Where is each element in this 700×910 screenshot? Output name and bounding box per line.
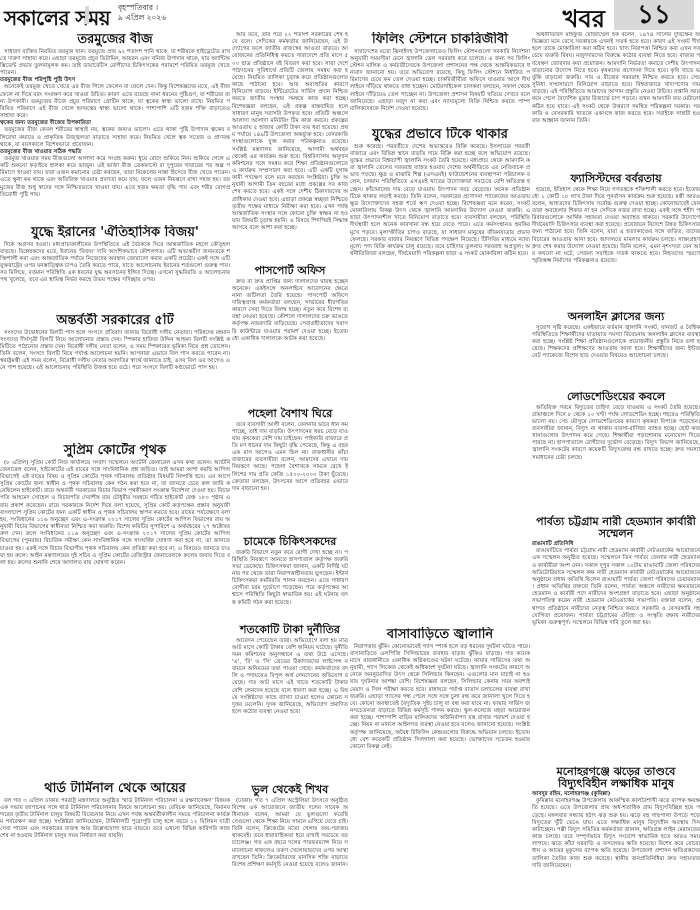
article-body: সুযোগ সৃষ্টি করেছে। একইভাবে বর্তমান জ্বা…	[532, 325, 700, 361]
article-body: (৮ এপ্রিল) সুপ্রিম কোর্ট নিজ কার্যালয়ে …	[0, 460, 230, 567]
article-body: অর্থনীতিবিদ মাহফুজ মোজাম্মেল হক বলেন, ১৯…	[532, 32, 700, 125]
article-body: তবে ব্যবসায়ী আলী বলেন, ফেলনার ভাবে ধান …	[232, 422, 348, 494]
article-watermelon-seeds: তরমুজের বীজ সাধারণ ব্যক্তির নিয়মিত তরমু…	[0, 32, 230, 224]
article-passport: পাসপোর্ট অফিস দ্রুত বা দ্রুত প্রাপ্তির জ…	[232, 264, 348, 407]
headline: ভুল থেকেই শিখব	[232, 783, 348, 798]
issue-day: বৃহস্পতিবার ।	[118, 3, 166, 13]
article-house-fire: বাসাবাড়িতে জ্বালানি নিরাপত্তার ঝুঁকি। ক…	[350, 627, 530, 910]
headline: ফিলিং স্টেশনে চাকরিজীবী	[350, 32, 530, 49]
headline: থার্ড টার্মিনাল থেকে আয়ের	[0, 781, 230, 798]
article-body: দিকে অগ্রসর হওয়া। মধ্যপ্রাচ্যকালীনের উপ…	[0, 242, 230, 285]
article-body: শুরু করেছে। পরবর্তীতে দেশের অভ্যন্তরেও ব…	[350, 144, 530, 259]
headline: পহেলা বৈশাখ ঘিরে	[232, 407, 348, 422]
article-body: (ঢাকা)। গত ৭ এপ্রিল অস্ট্রেলিয়া উৎসবে অ…	[232, 798, 348, 870]
article-continuation-top: আর তবে, তার পরে ২২ শতাংশ সরকারের শেষ হবে…	[232, 32, 348, 264]
article-body: আর তবে, তার পরে ২২ শতাংশ সরকারের শেষ হবে…	[232, 32, 348, 232]
logo-divider	[85, 6, 89, 24]
headline: লোডশেডিংয়ের কবলে	[532, 390, 700, 405]
article-continuation-right: অর্থনীতিবিদ মাহফুজ মোজাম্মেল হক বলেন, ১৯…	[532, 32, 700, 172]
headline: পার্বত্য চট্টগ্রাম নারী হেডম্যান কার্বার…	[532, 515, 700, 541]
article-hill-women: পার্বত্য চট্টগ্রাম নারী হেডম্যান কার্বার…	[532, 515, 700, 765]
article-supreme-court: সুপ্রিম কোর্টের পৃথক (৮ এপ্রিল) সুপ্রিম …	[0, 443, 230, 781]
page-number: ১১	[614, 0, 694, 30]
article-body: সাধারণ ব্যক্তির নিয়মিত তরমুজ খান। তরমুজ…	[0, 49, 230, 199]
headline: তরমুজের বীজ	[0, 32, 230, 49]
article-body: দ্রুত বা দ্রুত প্রাপ্তির জন্য দালালদের দ…	[232, 279, 348, 343]
article-interim-govt: অন্তর্বর্তী সরকারের ৫টি সংসদের উদ্বোধনের…	[0, 313, 230, 443]
headline: ফ্যাসিস্টদের বর্বরতায়	[532, 172, 700, 187]
subheading: তরমুজের বীজ খাওয়ার সঠিক পদ্ধতি	[0, 149, 230, 156]
article-body: সংসদের উদ্বোধনের বিলটি পাস হলে সংসদে প্র…	[0, 330, 230, 373]
column-1: তরমুজের বীজ সাধারণ ব্যক্তির নিয়মিত তরমু…	[0, 32, 230, 910]
article-body: আবেদন পেয়েছেন তারা। অভিযোগে বলা হয় মাত…	[232, 638, 348, 717]
article-war-survival: যুদ্ধের প্রভাবে টিকে থাকার শুরু করেছে। প…	[350, 127, 530, 627]
article-corruption: শতকোটি টাকা দুর্নীতির আবেদন পেয়েছেন তার…	[232, 623, 348, 783]
article-body: অতিরিক্ত গরমে বিদ্যুতের চাহিদা বেড়ে যাও…	[532, 405, 700, 462]
headline: বাসাবাড়িতে জ্বালানি	[350, 627, 530, 644]
headline: পাসপোর্ট অফিস	[232, 264, 348, 279]
headline: শতকোটি টাকা দুর্নীতির	[232, 623, 348, 638]
article-learning: ভুল থেকেই শিখব (ঢাকা)। গত ৭ এপ্রিল অস্ট্…	[232, 783, 348, 910]
article-body: হয়েছে, ইতিহাস থেকে শিক্ষা নিয়ে গণতন্ত্…	[532, 187, 700, 266]
masthead: সকালের সময় বৃহস্পতিবার । ৯ এপ্রিল ২০২৬ …	[0, 0, 700, 30]
article-doctors: চামেকে চিকিৎসকদের জরুরি বিভাগে নতুন করে …	[232, 535, 348, 623]
article-online-class: অনলাইন ক্লাসের জন্য সুযোগ সৃষ্টি করেছে। …	[532, 310, 700, 390]
headline: মনোহরগঞ্জে ঝড়ের তাণ্ডবে বিদ্যুৎবিহীন লক…	[532, 765, 700, 791]
headline: যুদ্ধের প্রভাবে টিকে থাকার	[350, 127, 530, 144]
article-body: বল গত ৩ এপ্রিল ঢাকায় পররাষ্ট্র মন্ত্রণা…	[0, 798, 230, 841]
article-storm: মনোহরগঞ্জে ঝড়ের তাণ্ডবে বিদ্যুৎবিহীন লক…	[532, 765, 700, 910]
article-body: নিরাপত্তার ঝুঁকি। কোনোভাবেই গ্যাস স্পার্…	[350, 644, 530, 751]
article-iran-victory: যুদ্ধে ইরানের 'ঐতিহাসিক বিজয়' দিকে অগ্র…	[0, 225, 230, 313]
article-boishakh: পহেলা বৈশাখ ঘিরে তবে ব্যবসায়ী আলী বলেন,…	[232, 407, 348, 535]
article-body: জরুরি বিভাগে নতুন করে রোগী দেখা হচ্ছে না…	[232, 550, 348, 607]
headline: অনলাইন ক্লাসের জন্য	[532, 310, 700, 325]
article-body: রাঙামাটি প্রতিনিধি রাঙামাটিতে পার্বত্য চ…	[532, 541, 700, 627]
headline: সুপ্রিম কোর্টের পৃথক	[0, 443, 230, 460]
article-loadshedding: লোডশেডিংয়ের কবলে অতিরিক্ত গরমে বিদ্যুতে…	[532, 390, 700, 515]
issue-date-text: ৯ এপ্রিল ২০২৬	[118, 13, 166, 23]
headline: যুদ্ধে ইরানের 'ঐতিহাসিক বিজয়'	[0, 225, 230, 242]
article-filling-station: ফিলিং স্টেশনে চাকরিজীবী সারাদেশের মতো ঝি…	[350, 32, 530, 127]
article-fascists: ফ্যাসিস্টদের বর্বরতায় হয়েছে, ইতিহাস থে…	[532, 172, 700, 310]
article-third-terminal: থার্ড টার্মিনাল থেকে আয়ের বল গত ৩ এপ্রি…	[0, 781, 230, 910]
column-2: আর তবে, তার পরে ২২ শতাংশ সরকারের শেষ হবে…	[232, 32, 348, 910]
column-3: ফিলিং স্টেশনে চাকরিজীবী সারাদেশের মতো ঝি…	[350, 32, 530, 910]
issue-date: বৃহস্পতিবার । ৯ এপ্রিল ২০২৬	[118, 3, 166, 23]
article-body: সারাদেশের মতো ঝিনাইদহ উপজেলাতেও ফিলিং স্…	[350, 49, 530, 113]
headline: অন্তর্বর্তী সরকারের ৫টি	[0, 313, 230, 330]
column-4: অর্থনীতিবিদ মাহফুজ মোজাম্মেল হক বলেন, ১৯…	[532, 32, 700, 910]
headline: চামেকে চিকিৎসকদের	[232, 535, 348, 550]
article-body: আবদুর রহিম, মনোহরগঞ্জ (কুমিল্লা) কুমিল্ল…	[532, 791, 700, 870]
